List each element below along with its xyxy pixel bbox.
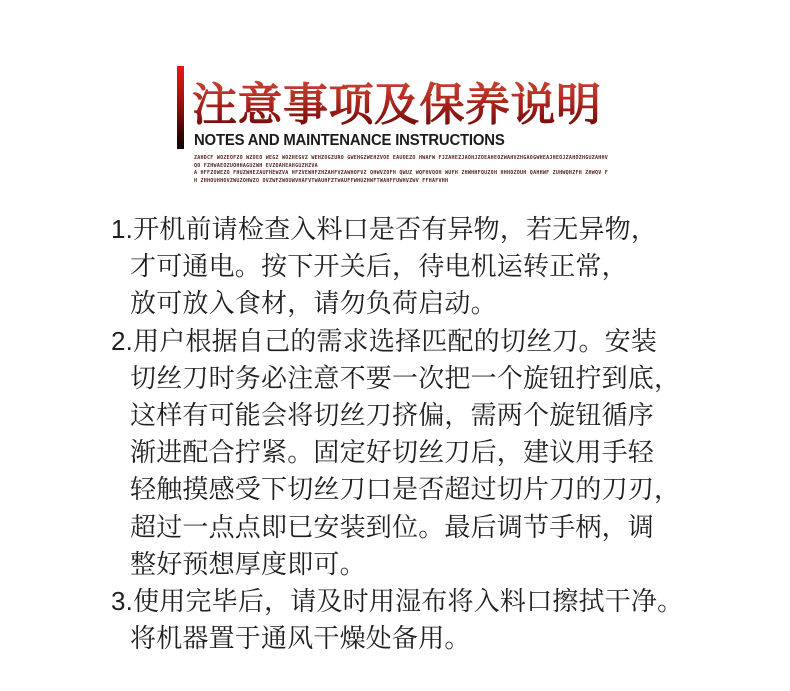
instruction-line: 切丝刀时务必注意不要一次把一个旋钮拧到底， xyxy=(130,360,751,397)
instruction-line: 1.开机前请检查入料口是否有异物，若无异物， xyxy=(111,211,751,248)
fine-print-line: A HFFZOWEZO FHUZWHEZAUFHEWZVA HFZVEWHFZH… xyxy=(194,170,644,178)
instruction-line: 将机器置于通风干燥处备用。 xyxy=(130,620,751,657)
instruction-line: 轻触摸感受下切丝刀口是否超过切片刀的刀刃， xyxy=(130,471,751,508)
fine-print-block: ZAHDCF WOZEOFZO WZOEO WEGZ WOZHEGVZ WEHZ… xyxy=(194,155,644,185)
instruction-line: 2.用户根据自己的需求选择匹配的切丝刀。安装 xyxy=(111,323,751,360)
instruction-line: 超过一点点即已安装到位。最后调节手柄，调 xyxy=(130,509,751,546)
accent-bar xyxy=(177,66,184,149)
fine-print-line: H ZHHOUHHOVZWUZOHWZO OVZWFZWOUWVHAFVTWAU… xyxy=(194,178,644,186)
instructions-list: 1.开机前请检查入料口是否有异物，若无异物， 才可通电。按下开关后，待电机运转正… xyxy=(111,211,751,657)
instruction-line: 才可通电。按下开关后，待电机运转正常， xyxy=(130,248,751,285)
instruction-line: 这样有可能会将切丝刀挤偏，需两个旋钮循序 xyxy=(130,397,751,434)
instruction-line: 放可放入食材，请勿负荷启动。 xyxy=(130,285,751,322)
page-subtitle: NOTES AND MAINTENANCE INSTRUCTIONS xyxy=(194,132,505,150)
instruction-item-2: 2.用户根据自己的需求选择匹配的切丝刀。安装 切丝刀时务必注意不要一次把一个旋钮… xyxy=(111,323,751,583)
fine-print-line: ZAHDCF WOZEOFZO WZOEO WEGZ WOZHEGVZ WEHZ… xyxy=(194,155,644,163)
page-title: 注意事项及保养说明 xyxy=(192,80,602,130)
instruction-line: 3.使用完毕后，请及时用湿布将入料口擦拭干净。 xyxy=(111,583,751,620)
instruction-item-1: 1.开机前请检查入料口是否有异物，若无异物， 才可通电。按下开关后，待电机运转正… xyxy=(111,211,751,323)
instruction-line: 整好预想厚度即可。 xyxy=(130,546,751,583)
notes-maintenance-page: 注意事项及保养说明 NOTES AND MAINTENANCE INSTRUCT… xyxy=(0,0,790,691)
instruction-line: 渐进配合拧紧。固定好切丝刀后，建议用手轻 xyxy=(130,434,751,471)
fine-print-line: QO FZHWAEOZUOHHAGUZWH EVZOAHEAHGUZHZVA xyxy=(194,163,644,171)
instruction-item-3: 3.使用完毕后，请及时用湿布将入料口擦拭干净。 将机器置于通风干燥处备用。 xyxy=(111,583,751,657)
